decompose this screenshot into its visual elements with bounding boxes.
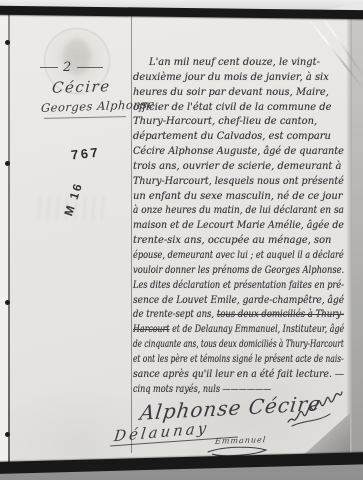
act-text: Thury-Harcourt, chef-lieu de canton,: [133, 116, 317, 127]
ink-bleedthrough: [36, 196, 106, 222]
act-text: de trente-sept ans,: [133, 309, 217, 320]
act-line: deuxième jour du mois de janvier, à six: [133, 71, 344, 86]
act-text: officier de l'état civil de la commune d…: [133, 102, 331, 113]
act-text: Cécire Alphonse Auguste, âgé de quarante: [133, 146, 344, 157]
act-text: heures du soir par devant nous, Maire,: [133, 87, 329, 98]
act-line: heures du soir par devant nous, Maire,: [133, 86, 344, 101]
binding-hole-icon: [5, 40, 10, 45]
act-line: de cinquante ans, tous deux domiciliés à…: [133, 338, 288, 353]
act-line: Harcourt et de Delaunay Emmanuel, Instit…: [133, 323, 301, 338]
act-line: et ont les père et témoins signé le prés…: [133, 353, 292, 368]
act-text: deuxième jour du mois de janvier, à six: [133, 72, 329, 83]
act-line: officier de l'état civil de la commune d…: [133, 101, 344, 116]
act-text-struck: Harcourt: [133, 324, 170, 335]
page-number-value: 2: [63, 60, 72, 75]
act-line: Thury-Harcourt, chef-lieu de canton,: [133, 115, 344, 130]
act-text: trente-six ans, occupée au ménage, son: [133, 235, 331, 246]
act-text: à onze heures du matin, de lui déclarant…: [133, 205, 344, 216]
act-text: Thury-Harcourt, lesquels nous ont présen…: [133, 176, 344, 187]
act-text: département du Calvados, est comparu: [133, 131, 331, 142]
act-text: Les dites déclaration et présentation fa…: [133, 280, 344, 291]
act-body: L'an mil neuf cent douze, le vingt-deuxi…: [133, 56, 346, 397]
dash-decoration: [77, 67, 103, 68]
margin-surname: Cécire: [51, 77, 111, 97]
act-text-struck: tous deux domiciliés à Thury-: [217, 309, 344, 320]
act-text: sence de Louvet Emile, garde-champêtre, …: [133, 295, 344, 306]
act-text: épouse, demeurant avec lui ; et auquel i…: [133, 250, 344, 261]
previous-page-edge: [0, 12, 8, 462]
binding-hole-icon: [5, 432, 10, 437]
act-text: trois ans, ouvrier de scierie, demeurant…: [133, 161, 341, 172]
page-number: 2: [40, 60, 132, 75]
act-line: trois ans, ouvrier de scierie, demeurant…: [133, 160, 344, 175]
act-text: cinq mots rayés, nuls ——————: [133, 384, 271, 395]
act-text: et ont les père et témoins signé le prés…: [133, 354, 344, 365]
binding-hole-icon: [5, 161, 10, 166]
act-text: L'an mil neuf cent douze, le vingt-: [149, 57, 320, 68]
act-line: département du Calvados, est comparu: [133, 130, 344, 145]
act-line: maison et de Lecourt Marie Amélie, âgée …: [133, 219, 333, 234]
act-line: sence de Louvet Emile, garde-champêtre, …: [133, 294, 326, 309]
page-right-edge-shadow: [346, 14, 352, 458]
dash-decoration: [40, 67, 58, 68]
record-number-stamp: 767: [70, 145, 101, 163]
act-text: de cinquante ans, tous deux domiciliés à…: [133, 339, 344, 350]
scanned-register-page: 2 Cécire Georges Alphonse 767 M 16 L'an …: [0, 0, 363, 480]
act-line: Thury-Harcourt, lesquels nous ont présen…: [133, 175, 335, 190]
act-text: un enfant du sexe masculin, né de ce jou…: [133, 191, 343, 202]
act-line: un enfant du sexe masculin, né de ce jou…: [133, 190, 344, 205]
act-line: à onze heures du matin, de lui déclarant…: [133, 204, 324, 219]
act-line: vouloir donner les prénoms de Georges Al…: [133, 264, 311, 279]
act-text: maison et de Lecourt Marie Amélie, âgée …: [133, 220, 344, 231]
act-text: sance après qu'il leur en a été fait lec…: [133, 369, 344, 380]
margin-rule-line: [131, 16, 132, 453]
act-line: Cécire Alphonse Auguste, âgé de quarante: [133, 145, 340, 160]
act-line: L'an mil neuf cent douze, le vingt-: [149, 56, 344, 71]
act-line: Les dites déclaration et présentation fa…: [133, 279, 308, 294]
binding-gutter-line: [8, 12, 10, 462]
act-text: et de Delaunay Emmanuel, Instituteur, âg…: [170, 324, 345, 335]
act-line: de trente-sept ans, tous deux domiciliés…: [133, 308, 314, 323]
act-line: sance après qu'il leur en a été fait lec…: [133, 368, 330, 383]
act-text: vouloir donner les prénoms de Georges Al…: [133, 265, 344, 276]
binding-hole-icon: [5, 300, 10, 305]
act-line: trente-six ans, occupée au ménage, son: [133, 234, 344, 249]
act-line: épouse, demeurant avec lui ; et auquel i…: [133, 249, 308, 264]
